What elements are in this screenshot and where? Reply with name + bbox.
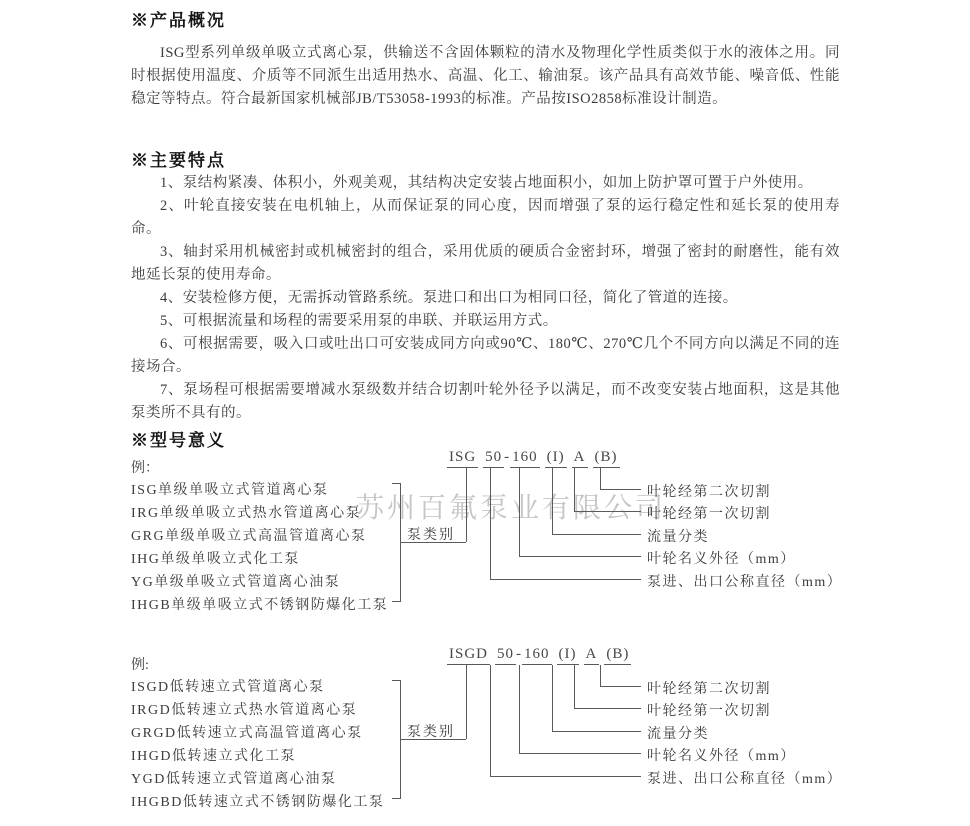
model-segment-cut2: (B) (604, 646, 631, 665)
example-label: 例: (131, 654, 149, 674)
connector-line (600, 468, 601, 489)
overview-paragraph: ISG型系列单级单吸立式离心泵，供输送不含固体颗粒的清水及物理化学性质类似于水的… (131, 42, 840, 111)
pump-type-item: YG单级单吸立式管道离心油泵 (131, 571, 340, 591)
pump-type-item: GRG单级单吸立式高温管道离心泵 (131, 525, 367, 545)
model-segment-outer: 160 (522, 646, 552, 665)
model-segment-series: ISGD (447, 646, 490, 665)
connector-line (574, 468, 575, 511)
legend-item: 叶轮名义外径（mm） (647, 745, 796, 765)
model-segment-flow: (I) (545, 449, 567, 468)
features-list: 1、泵结构紧凑、体积小，外观美观，其结构决定安装占地面积小，如加上防护罩可置于户… (131, 172, 840, 425)
pump-type-item: IHGD低转速立式化工泵 (131, 745, 296, 765)
pump-category-label: 泵类别 (407, 721, 455, 741)
connector-line (490, 776, 641, 777)
legend-item: 泵进、出口公称直径（mm） (647, 768, 842, 788)
model-segment-flow: (I) (557, 646, 579, 665)
connector-line (519, 665, 520, 753)
connector-line (519, 556, 641, 557)
model-segment-cut2: (B) (593, 449, 620, 468)
pump-type-item: YGD低转速立式管道离心油泵 (131, 768, 336, 788)
pump-type-item: GRGD低转速立式高温管道离心泵 (131, 722, 363, 742)
connector-line (552, 534, 641, 535)
model-code: ISG50-160(I)A(B) (447, 449, 620, 468)
document-page: ※产品概况 ISG型系列单级单吸立式离心泵，供输送不含固体颗粒的清水及物理化学性… (0, 0, 970, 826)
overview-title: ※产品概况 (131, 6, 226, 31)
features-title: ※主要特点 (131, 146, 226, 171)
connector-line (600, 489, 641, 490)
feature-item: 7、泵场程可根据需要增减水泵级数并结合切割叶轮外径予以满足，而不改变安装占地面积… (131, 379, 840, 425)
model-diagram-isg: 例： ISG单级单吸立式管道离心泵 IRG单级单吸立式热水管道离心泵 GRG单级… (0, 448, 970, 620)
pump-type-item: IRG单级单吸立式热水管道离心泵 (131, 502, 361, 522)
model-segment-inlet: 50 (495, 646, 516, 665)
legend-item: 叶轮经第二次切割 (647, 678, 771, 698)
pump-type-item: IRGD低转速立式热水管道离心泵 (131, 699, 357, 719)
pump-type-item: ISG单级单吸立式管道离心泵 (131, 479, 329, 499)
legend-item: 流量分类 (647, 723, 709, 743)
feature-item: 6、可根据需要，吸入口或吐出口可安装成同方向或90℃、180℃、270℃几个不同… (131, 333, 840, 379)
connector-line (490, 665, 491, 776)
legend-item: 叶轮名义外径（mm） (647, 548, 796, 568)
legend-item: 叶轮经第一次切割 (647, 503, 771, 523)
connector-line (400, 739, 466, 740)
feature-item: 5、可根据流量和场程的需要采用泵的串联、并联运用方式。 (131, 310, 840, 333)
pump-type-item: IHGB单级单吸立式不锈钢防爆化工泵 (131, 594, 388, 614)
feature-item: 2、叶轮直接安装在电机轴上，从而保证泵的同心度，因而增强了泵的运行稳定性和延长泵… (131, 195, 840, 241)
pump-type-item: IHG单级单吸立式化工泵 (131, 548, 300, 568)
connector-line (574, 665, 575, 708)
model-segment-cut1: A (572, 449, 588, 468)
connector-line (574, 708, 641, 709)
connector-line (490, 468, 491, 579)
pump-type-item: ISGD低转速立式管道离心泵 (131, 676, 325, 696)
legend-item: 叶轮经第二次切割 (647, 481, 771, 501)
model-segment-outer: 160 (510, 449, 540, 468)
model-segment-inlet: 50 (483, 449, 504, 468)
connector-line (490, 579, 641, 580)
model-code: ISGD50-160(I)A(B) (447, 646, 631, 665)
model-segment-series: ISG (447, 449, 478, 468)
model-segment-cut1: A (584, 646, 600, 665)
connector-line (574, 511, 641, 512)
connector-line (466, 468, 467, 542)
legend-item: 流量分类 (647, 526, 709, 546)
connector-line (400, 542, 466, 543)
pump-category-label: 泵类别 (407, 524, 455, 544)
feature-item: 4、安装检修方便，无需拆动管路系统。泵进口和出口为相同口径，简化了管道的连接。 (131, 287, 840, 310)
example-label: 例： (131, 457, 159, 477)
connector-line (466, 665, 467, 739)
connector-line (600, 686, 641, 687)
connector-line (600, 665, 601, 686)
pump-type-item: IHGBD低转速立式不锈钢防爆化工泵 (131, 791, 384, 811)
legend-item: 泵进、出口公称直径（mm） (647, 571, 842, 591)
connector-line (552, 665, 553, 731)
connector-line (552, 468, 553, 534)
connector-line (552, 731, 641, 732)
connector-line (519, 468, 520, 556)
model-diagram-isgd: 例: ISGD低转速立式管道离心泵 IRGD低转速立式热水管道离心泵 GRGD低… (0, 645, 970, 817)
feature-item: 3、轴封采用机械密封或机械密封的组合，采用优质的硬质合金密封环，增强了密封的耐磨… (131, 241, 840, 287)
connector-line (519, 753, 641, 754)
feature-item: 1、泵结构紧凑、体积小，外观美观，其结构决定安装占地面积小，如加上防护罩可置于户… (131, 172, 840, 195)
legend-item: 叶轮经第一次切割 (647, 700, 771, 720)
